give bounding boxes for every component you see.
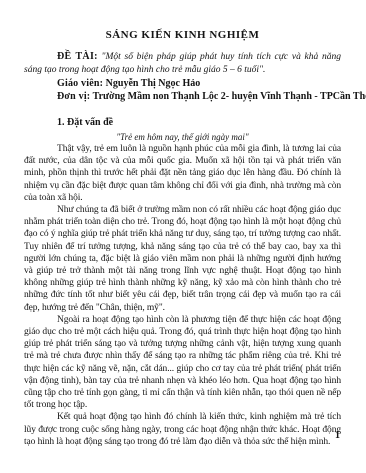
page-number: 1	[335, 430, 340, 441]
paragraph-2: Như chúng ta đã biết ở trường mầm non có…	[24, 204, 341, 314]
unit-name: Trường Mầm non Thạnh Lộc 2- huyện Vĩnh T…	[93, 91, 366, 102]
unit-label: Đơn vị:	[57, 91, 90, 102]
section-1-heading: 1. Đặt vấn đề	[57, 117, 341, 129]
unit-line: Đơn vị: Trường Mầm non Thạnh Lộc 2- huyệ…	[57, 90, 341, 103]
body-text: Thật vậy, trẻ em luôn là nguồn hạnh phúc…	[24, 143, 341, 448]
paragraph-1: Thật vậy, trẻ em luôn là nguồn hạnh phúc…	[24, 143, 341, 204]
topic-line: ĐỀ TÀI: "Một số biện pháp giúp phát huy …	[24, 50, 341, 77]
document-page: SÁNG KIẾN KINH NGHIỆM ĐỀ TÀI: "Một số bi…	[0, 0, 366, 473]
paragraph-4: Kết quả hoạt động tạo hình đó chính là k…	[24, 411, 341, 448]
document-title: SÁNG KIẾN KINH NGHIỆM	[24, 29, 341, 42]
paragraph-3: Ngoài ra hoạt động tạo hình còn là phươn…	[24, 314, 341, 412]
teacher-name: Nguyễn Thị Ngọc Hảo	[106, 78, 201, 89]
topic-label: ĐỀ TÀI:	[57, 51, 98, 62]
teacher-label: Giáo viên:	[57, 78, 103, 89]
epigraph-quote: "Trẻ em hôm nay, thế giới ngày mai"	[24, 131, 341, 143]
teacher-line: Giáo viên: Nguyễn Thị Ngọc Hảo	[57, 77, 341, 90]
